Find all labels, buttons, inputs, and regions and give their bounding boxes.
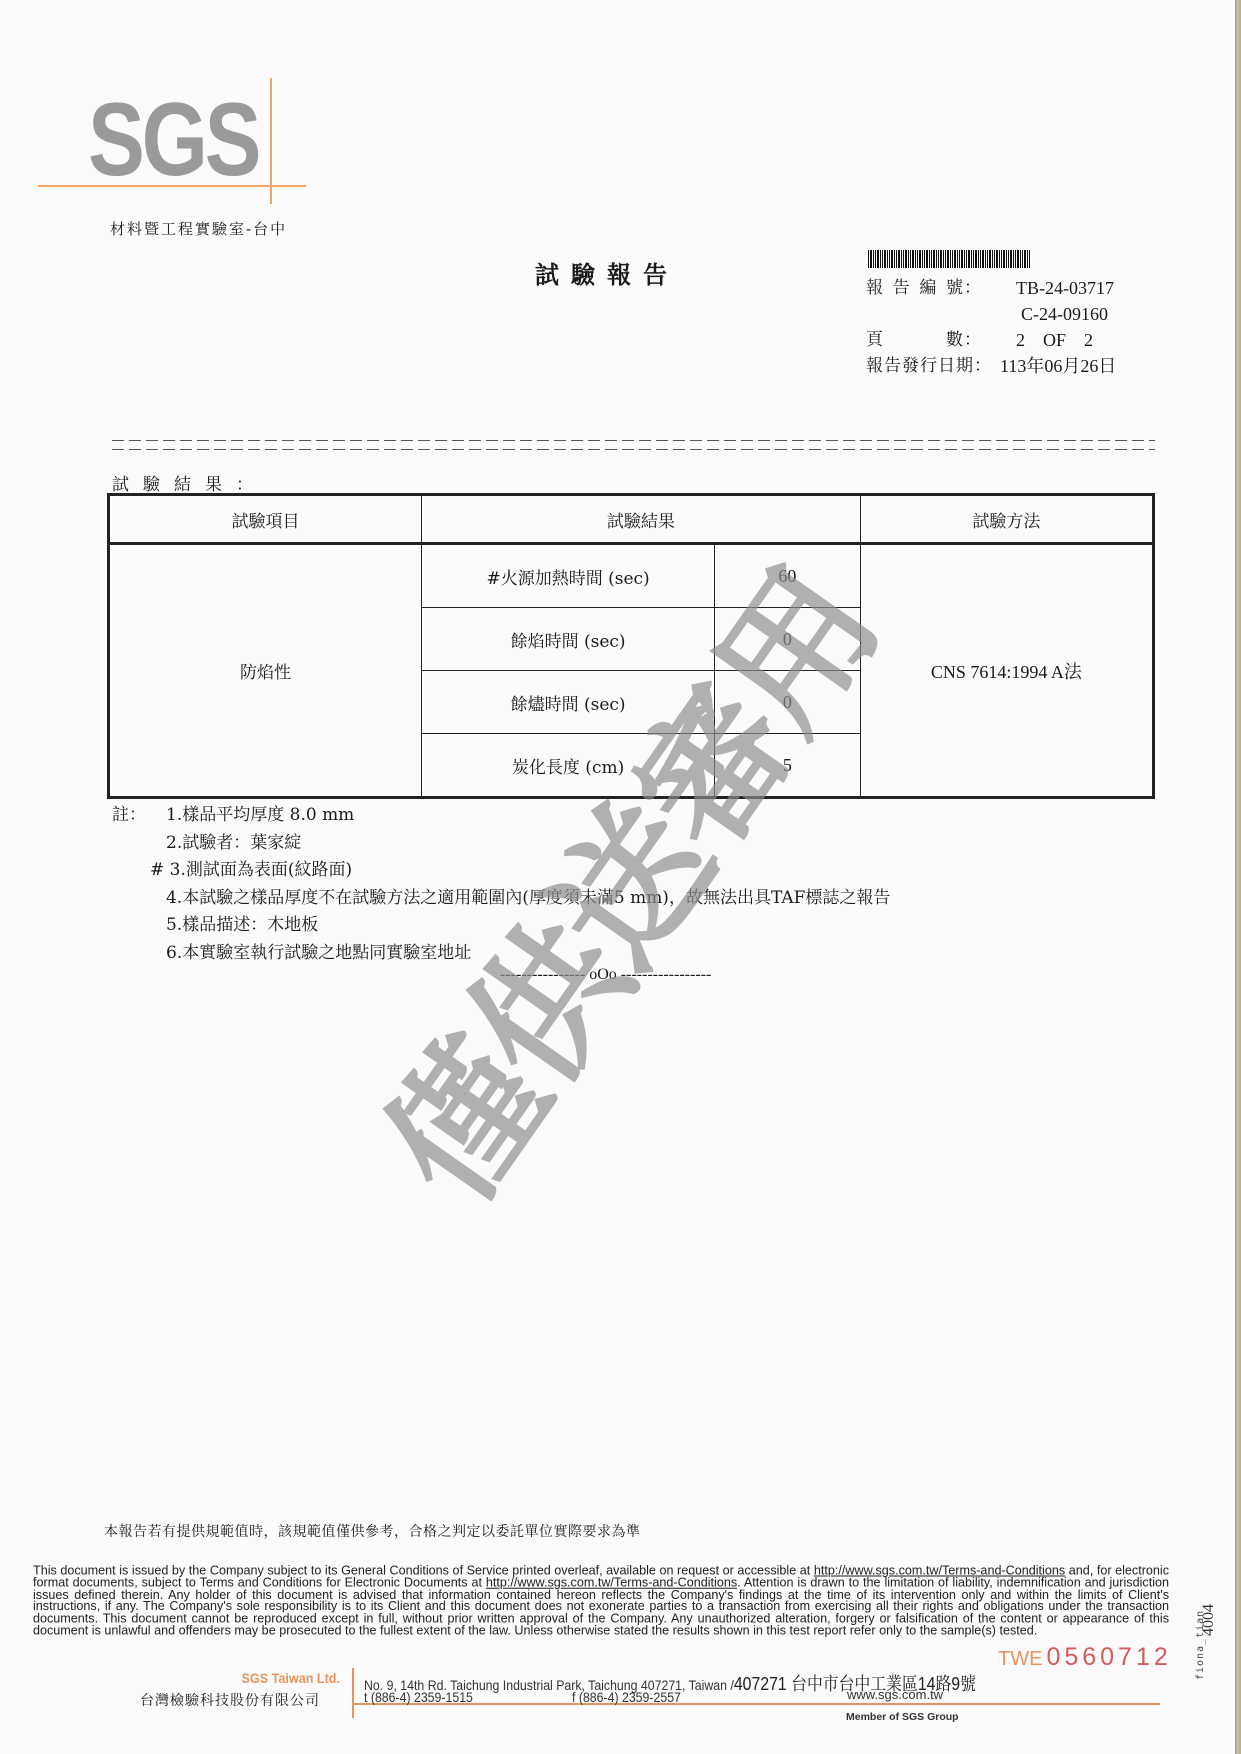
barcode-bar	[952, 250, 953, 268]
table-row: 防焰性 #火源加熱時間 (sec) 60 CNS 7614:1994 A法	[109, 544, 1154, 608]
header-test-item: 試驗項目	[109, 495, 422, 544]
website-link[interactable]: www.sgs.com.tw	[847, 1687, 943, 1702]
barcode-bar	[1029, 250, 1030, 268]
barcode-bar	[1003, 250, 1005, 268]
label-char: 頁	[866, 327, 884, 353]
note-item: 2.試驗者：葉家綻	[112, 830, 890, 858]
barcode-bar	[868, 250, 869, 268]
barcode-bar	[929, 250, 930, 268]
label-char: 編	[919, 275, 937, 301]
test-method-cell: CNS 7614:1994 A法	[860, 544, 1153, 798]
barcode-bar	[896, 250, 897, 268]
barcode-bar	[985, 250, 986, 268]
report-number-label: 報 告 編 號：	[866, 275, 982, 301]
barcode-bar	[908, 250, 909, 268]
barcode-bar	[999, 250, 1000, 268]
barcode-bar	[1001, 250, 1002, 268]
barcode-bar	[966, 250, 967, 268]
serial-prefix: TWE	[998, 1648, 1042, 1670]
barcode-bar	[945, 250, 946, 268]
barcode-bar	[954, 250, 956, 268]
specification-note: 本報告若有提供規範值時，該規範值僅供參考，合格之判定以委託單位實際要求為準	[104, 1521, 641, 1541]
value-cell: 60	[715, 544, 861, 608]
barcode-bar	[940, 250, 942, 268]
barcode-bar	[887, 250, 888, 268]
barcode	[868, 250, 1070, 268]
note-item: 5.樣品描述：木地板	[112, 912, 890, 940]
sgs-logo: SGS	[38, 78, 308, 198]
logo-horizontal-rule	[38, 185, 306, 187]
barcode-bar	[880, 250, 881, 268]
barcode-bar	[891, 250, 893, 268]
note-item: 4.本試驗之樣品厚度不在試驗方法之適用範圍內(厚度須未滿5 mm)，故無法出具T…	[112, 885, 890, 913]
company-name-zh: 台灣檢驗科技股份有限公司	[140, 1690, 320, 1710]
phone-number: t (886-4) 2359-1515	[364, 1689, 473, 1705]
barcode-bar	[924, 250, 925, 268]
results-table: 試驗項目 試驗結果 試驗方法 防焰性 #火源加熱時間 (sec) 60 CNS …	[107, 493, 1155, 799]
serial-number: TWE0560712	[998, 1643, 1172, 1672]
pages-label: 頁 數：	[866, 327, 982, 353]
table-header-row: 試驗項目 試驗結果 試驗方法	[109, 495, 1154, 544]
barcode-bar	[1024, 250, 1026, 268]
parameter-cell: 餘焰時間 (sec)	[422, 608, 715, 671]
section-label: 試驗結果：	[112, 470, 267, 495]
notes: 註： 1.樣品平均厚度 8.0 mm 2.試驗者：葉家綻 # 3.測試面為表面(…	[112, 802, 890, 967]
report-meta: 報 告 編 號： TB-24-03717 C-24-09160 頁 數： 2 O…	[866, 275, 1116, 379]
barcode-bar	[1010, 250, 1012, 268]
document-title: 試驗報告	[535, 255, 679, 290]
double-dash-separator	[112, 440, 1155, 450]
barcode-bar	[1013, 250, 1014, 268]
barcode-bar	[910, 250, 911, 268]
parameter-cell: 餘燼時間 (sec)	[422, 671, 715, 734]
barcode-bar	[947, 250, 949, 268]
report-number-row: 報 告 編 號： TB-24-03717	[866, 275, 1116, 301]
barcode-bar	[919, 250, 921, 268]
label-char: 告	[893, 275, 911, 301]
pages-value: 2 OF 2	[1016, 327, 1093, 353]
barcode-bar	[1022, 250, 1023, 268]
barcode-bar	[996, 250, 998, 268]
barcode-bar	[912, 250, 914, 268]
barcode-bar	[1020, 250, 1021, 268]
logo-text: SGS	[88, 88, 258, 192]
report-number: TB-24-03717	[1016, 275, 1114, 301]
issue-date: 113年06月26日	[1000, 353, 1116, 379]
value-cell: 0	[715, 671, 861, 734]
barcode-bar	[1015, 250, 1016, 268]
barcode-bar	[992, 250, 993, 268]
barcode-bar	[968, 250, 970, 268]
barcode-bar	[889, 250, 890, 268]
barcode-bar	[975, 250, 977, 268]
barcode-bar	[982, 250, 984, 268]
barcode-bar	[901, 250, 902, 268]
barcode-bar	[875, 250, 876, 268]
barcode-bar	[931, 250, 932, 268]
barcode-bar	[873, 250, 874, 268]
barcode-bar	[915, 250, 916, 268]
barcode-bar	[922, 250, 923, 268]
barcode-bar	[971, 250, 972, 268]
header-test-method: 試驗方法	[860, 495, 1153, 544]
footer-horizontal-rule	[352, 1703, 1160, 1705]
barcode-bar	[936, 250, 937, 268]
barcode-bar	[898, 250, 900, 268]
barcode-bar	[978, 250, 979, 268]
report-number-2-row: C-24-09160	[866, 301, 1116, 327]
lab-name: 材料暨工程實驗室-台中	[110, 218, 287, 239]
barcode-bar	[973, 250, 974, 268]
fax-number: f (886-4) 2359-2557	[572, 1689, 681, 1705]
barcode-bar	[938, 250, 939, 268]
issue-date-label: 報告發行日期：	[866, 353, 992, 379]
legal-disclaimer: This document is issued by the Company s…	[33, 1565, 1169, 1637]
label-char: 數：	[946, 327, 982, 353]
pages-row: 頁 數： 2 OF 2	[866, 327, 1116, 353]
company-name-en: SGS Taiwan Ltd.	[214, 1670, 340, 1686]
label-char: 號：	[946, 275, 982, 301]
barcode-bar	[1008, 250, 1009, 268]
barcode-bar	[994, 250, 995, 268]
barcode-bar	[917, 250, 918, 268]
barcode-bar	[987, 250, 988, 268]
end-of-report-mark: ---------------- oOo -----------------	[500, 966, 711, 984]
barcode-bar	[1017, 250, 1019, 268]
barcode-bar	[905, 250, 907, 268]
label-char: 報	[866, 275, 884, 301]
barcode-bar	[877, 250, 879, 268]
barcode-bar	[959, 250, 960, 268]
barcode-bar	[933, 250, 935, 268]
test-item-cell: 防焰性	[109, 544, 422, 798]
parameter-cell: 炭化長度 (cm)	[422, 734, 715, 798]
barcode-bar	[884, 250, 886, 268]
barcode-bar	[961, 250, 963, 268]
header-test-result: 試驗結果	[422, 495, 861, 544]
serial-digits: 0560712	[1046, 1643, 1171, 1671]
barcode-bar	[882, 250, 883, 268]
barcode-bar	[957, 250, 958, 268]
value-cell: 0	[715, 608, 861, 671]
note-item: 6.本實驗室執行試驗之地點同實驗室地址	[112, 940, 890, 968]
page-edge	[1235, 0, 1241, 1754]
report-number-2: C-24-09160	[866, 301, 1108, 327]
barcode-bar	[943, 250, 944, 268]
barcode-bar	[964, 250, 965, 268]
note-item: # 3.測試面為表面(紋路面)	[112, 857, 890, 885]
barcode-bar	[989, 250, 991, 268]
barcode-bar	[950, 250, 951, 268]
notes-label: 註：	[112, 802, 162, 830]
issue-date-row: 報告發行日期： 113年06月26日	[866, 353, 1116, 379]
operator-code: 4004	[1200, 1604, 1218, 1636]
barcode-bar	[980, 250, 981, 268]
member-of-group: Member of SGS Group	[846, 1711, 959, 1723]
note-item: 1.樣品平均厚度 8.0 mm	[112, 802, 890, 830]
barcode-bar	[894, 250, 895, 268]
barcode-bar	[870, 250, 872, 268]
parameter-cell: #火源加熱時間 (sec)	[422, 544, 715, 608]
barcode-bar	[926, 250, 928, 268]
footer-vertical-rule	[352, 1668, 354, 1718]
barcode-bar	[1027, 250, 1028, 268]
barcode-bar	[903, 250, 904, 268]
value-cell: 5	[715, 734, 861, 798]
barcode-bar	[1006, 250, 1007, 268]
